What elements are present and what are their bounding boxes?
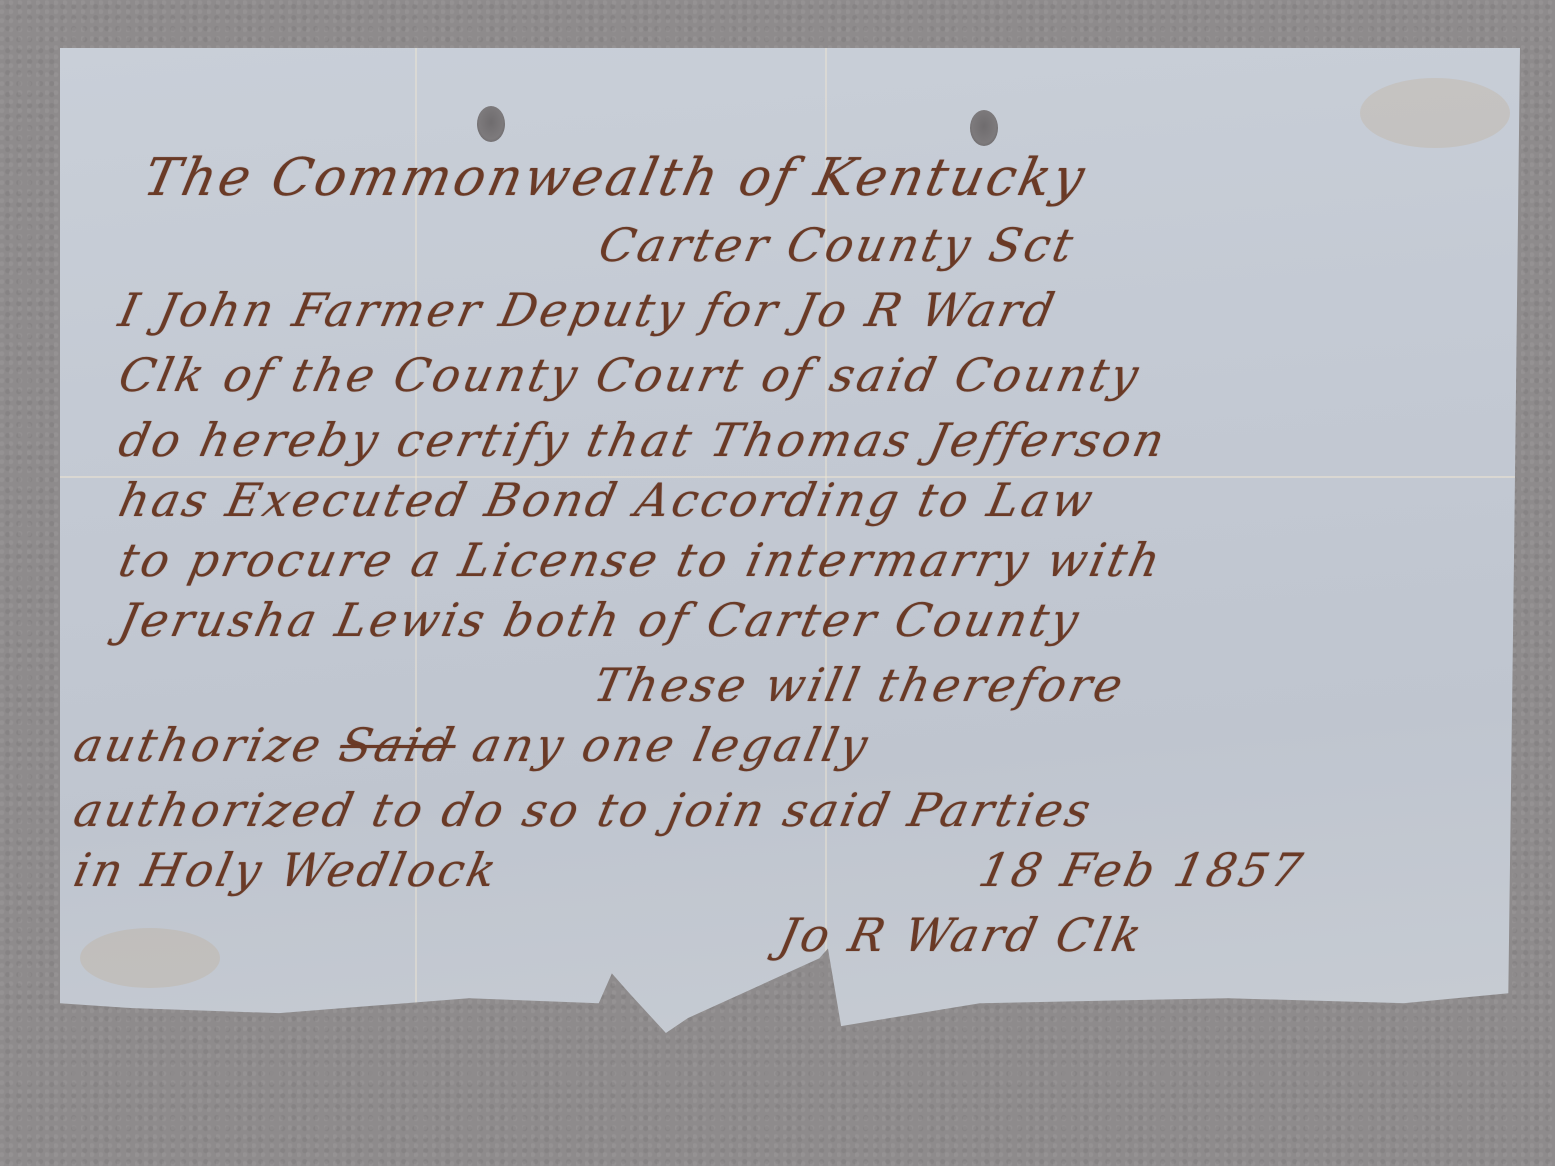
signature-line: Jo R Ward Clk xyxy=(774,908,1149,962)
text-line-8: authorize Said any one legally xyxy=(69,718,875,772)
heading-line: The Commonwealth of Kentucky xyxy=(139,148,1093,208)
text-line-1: I John Farmer Deputy for Jo R Ward xyxy=(114,283,1062,337)
any-one-legally: any one legally xyxy=(468,718,876,772)
struck-word: Said xyxy=(335,718,462,772)
paper-stain xyxy=(1360,78,1510,148)
county-line: Carter County Sct xyxy=(594,218,1080,272)
punch-hole xyxy=(970,110,998,146)
text-line-5: to procure a License to intermarry with xyxy=(114,533,1168,587)
paper-stain xyxy=(80,928,220,988)
text-line-9: authorized to do so to join said Parties xyxy=(69,783,1098,837)
text-line-10: in Holy Wedlock xyxy=(69,843,504,897)
date-line: 18 Feb 1857 xyxy=(974,843,1309,897)
document-paper: The Commonwealth of Kentucky Carter Coun… xyxy=(60,48,1520,1043)
text-line-3: do hereby certify that Thomas Jefferson xyxy=(114,413,1172,467)
text-line-2: Clk of the County Court of said County xyxy=(114,348,1146,402)
authorize-word: authorize xyxy=(69,718,328,772)
text-line-6: Jerusha Lewis both of Carter County xyxy=(114,593,1086,647)
punch-hole xyxy=(477,106,505,142)
text-line-7: These will therefore xyxy=(589,658,1130,712)
text-line-4: has Executed Bond According to Law xyxy=(114,473,1100,527)
